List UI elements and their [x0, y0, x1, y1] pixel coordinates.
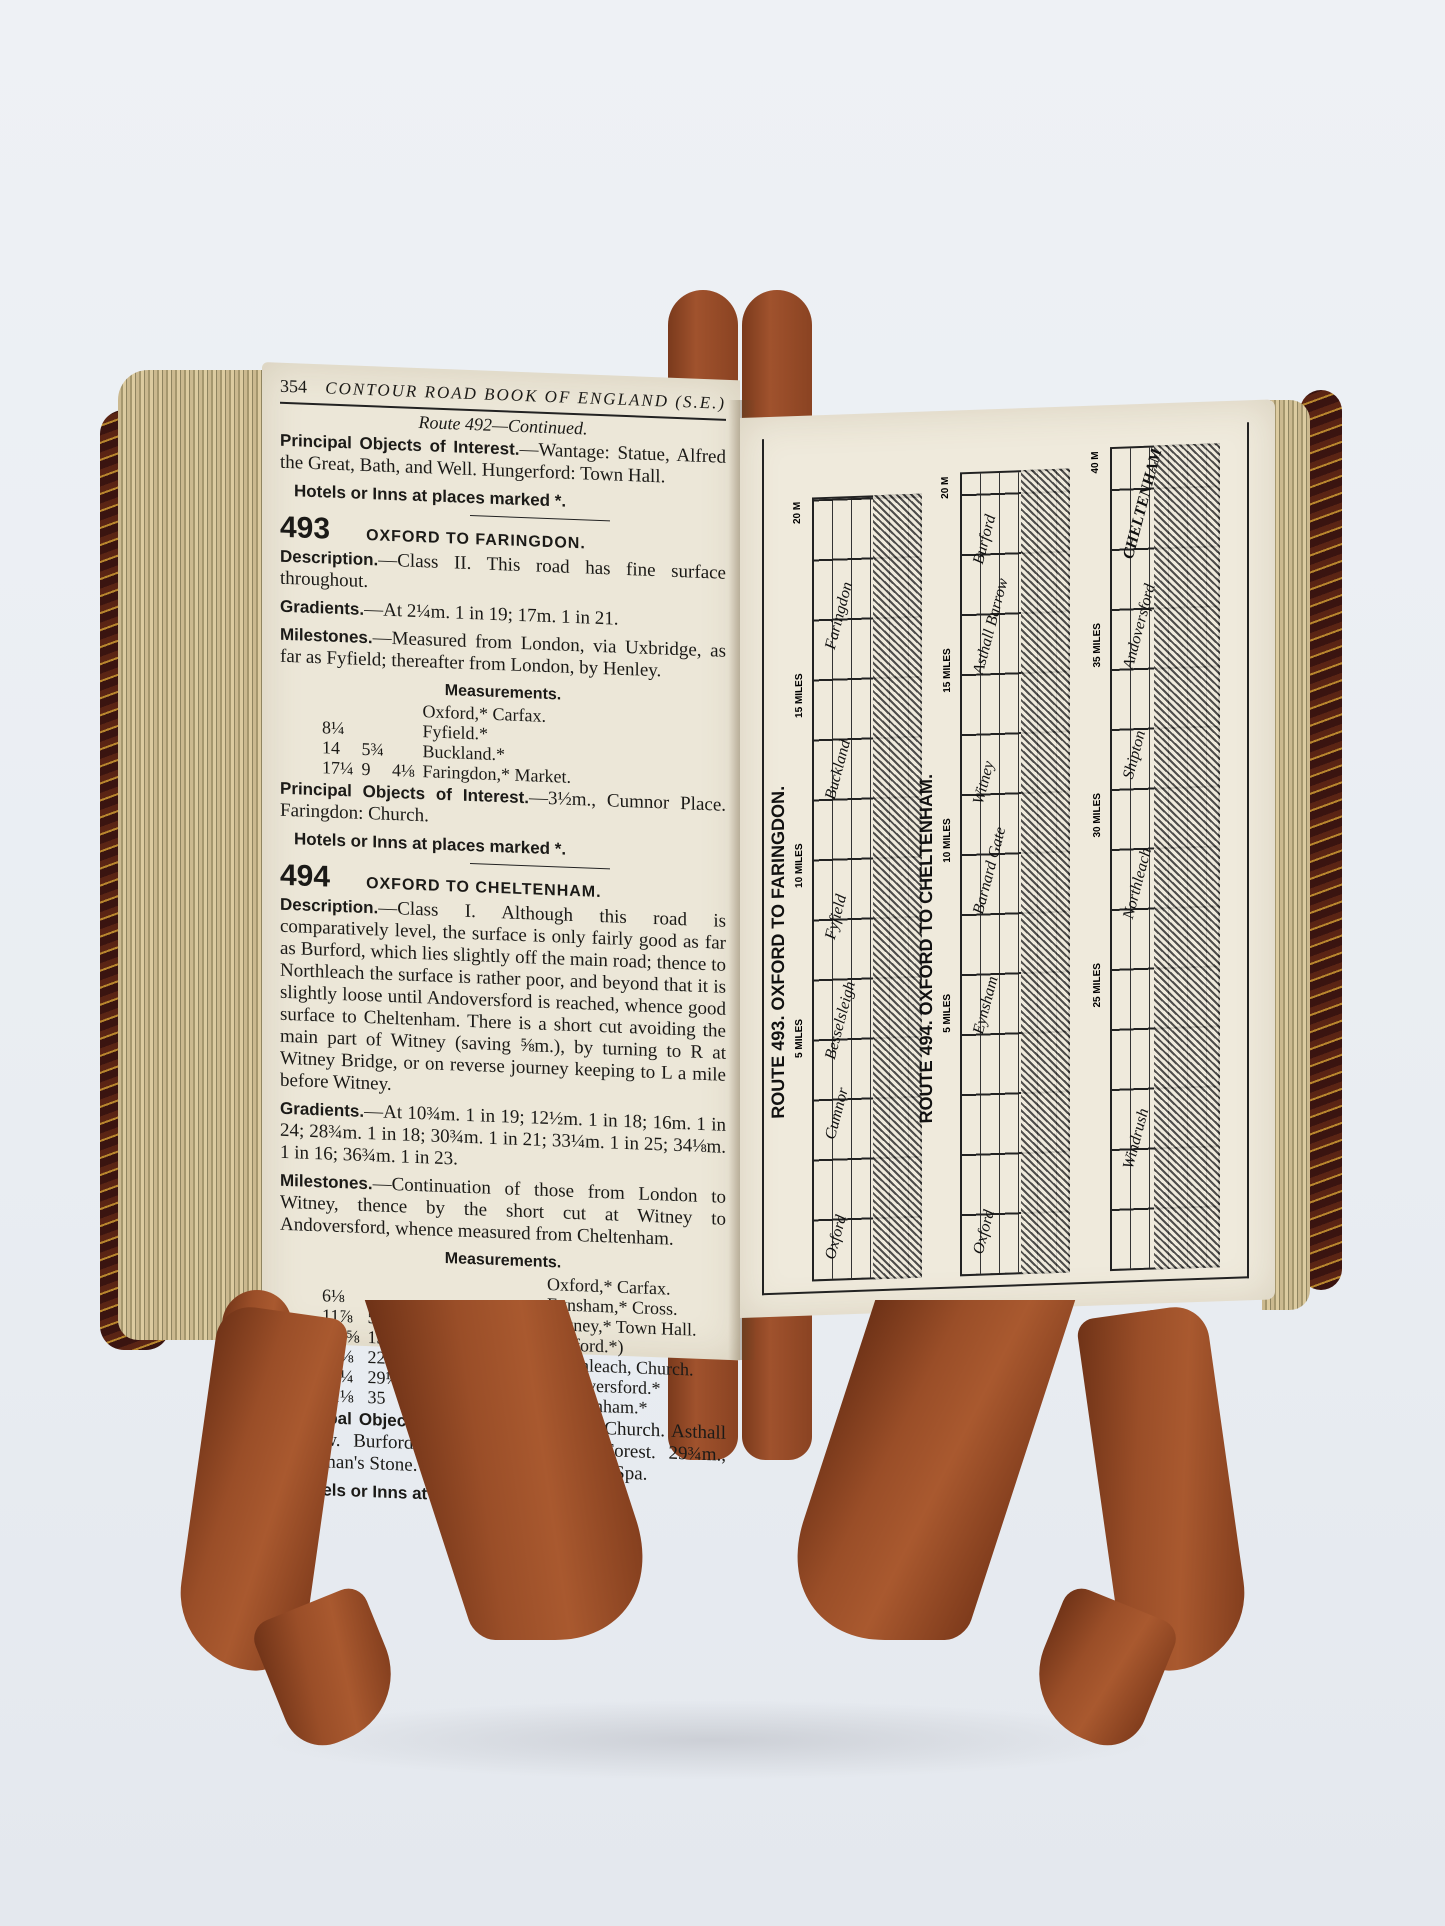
profile-route-493: ROUTE 493. OXFORD TO FARINGDON. 20 M 5 M… [812, 494, 922, 1282]
photo-scene: 354 CONTOUR ROAD BOOK OF ENGLAND (S.E.) … [0, 0, 1445, 1926]
stand-shadow [260, 1700, 1160, 1780]
right-page: ROUTE 493. OXFORD TO FARINGDON. 20 M 5 M… [740, 399, 1275, 1318]
route-493-measurements-table: Oxford,* Carfax. 8¼Fyfield.* 145¾Bucklan… [322, 697, 579, 787]
route-494-gradients: Gradients.—At 10¾m. 1 in 19; 12½m. 1 in … [280, 1098, 726, 1181]
route-493-number: 493 [280, 517, 330, 541]
profile-label: ROUTE 494. OXFORD TO CHELTENHAM. [916, 774, 937, 1124]
route-494-description: Description.—Class I. Although this road… [280, 894, 726, 1109]
profile-route-494-b: 40 M 25 MILES 30 MILES 35 MILES Windrush… [1110, 443, 1220, 1271]
elevation-hatch [1021, 468, 1071, 1274]
profile-label: ROUTE 493. OXFORD TO FARINGDON. [768, 786, 789, 1119]
elevation-hatch [873, 494, 923, 1280]
route-494-milestones: Milestones.—Continuation of those from L… [280, 1170, 726, 1253]
elevation-hatch [1154, 443, 1220, 1269]
route-494-number: 494 [280, 865, 330, 889]
profile-frame: ROUTE 493. OXFORD TO FARINGDON. 20 M 5 M… [762, 422, 1249, 1295]
profile-route-494-a: ROUTE 494. OXFORD TO CHELTENHAM. 20 M 5 … [960, 468, 1070, 1276]
left-page: 354 CONTOUR ROAD BOOK OF ENGLAND (S.E.) … [262, 362, 740, 1360]
page-number: 354 [280, 375, 307, 398]
page-block-left [118, 370, 268, 1340]
